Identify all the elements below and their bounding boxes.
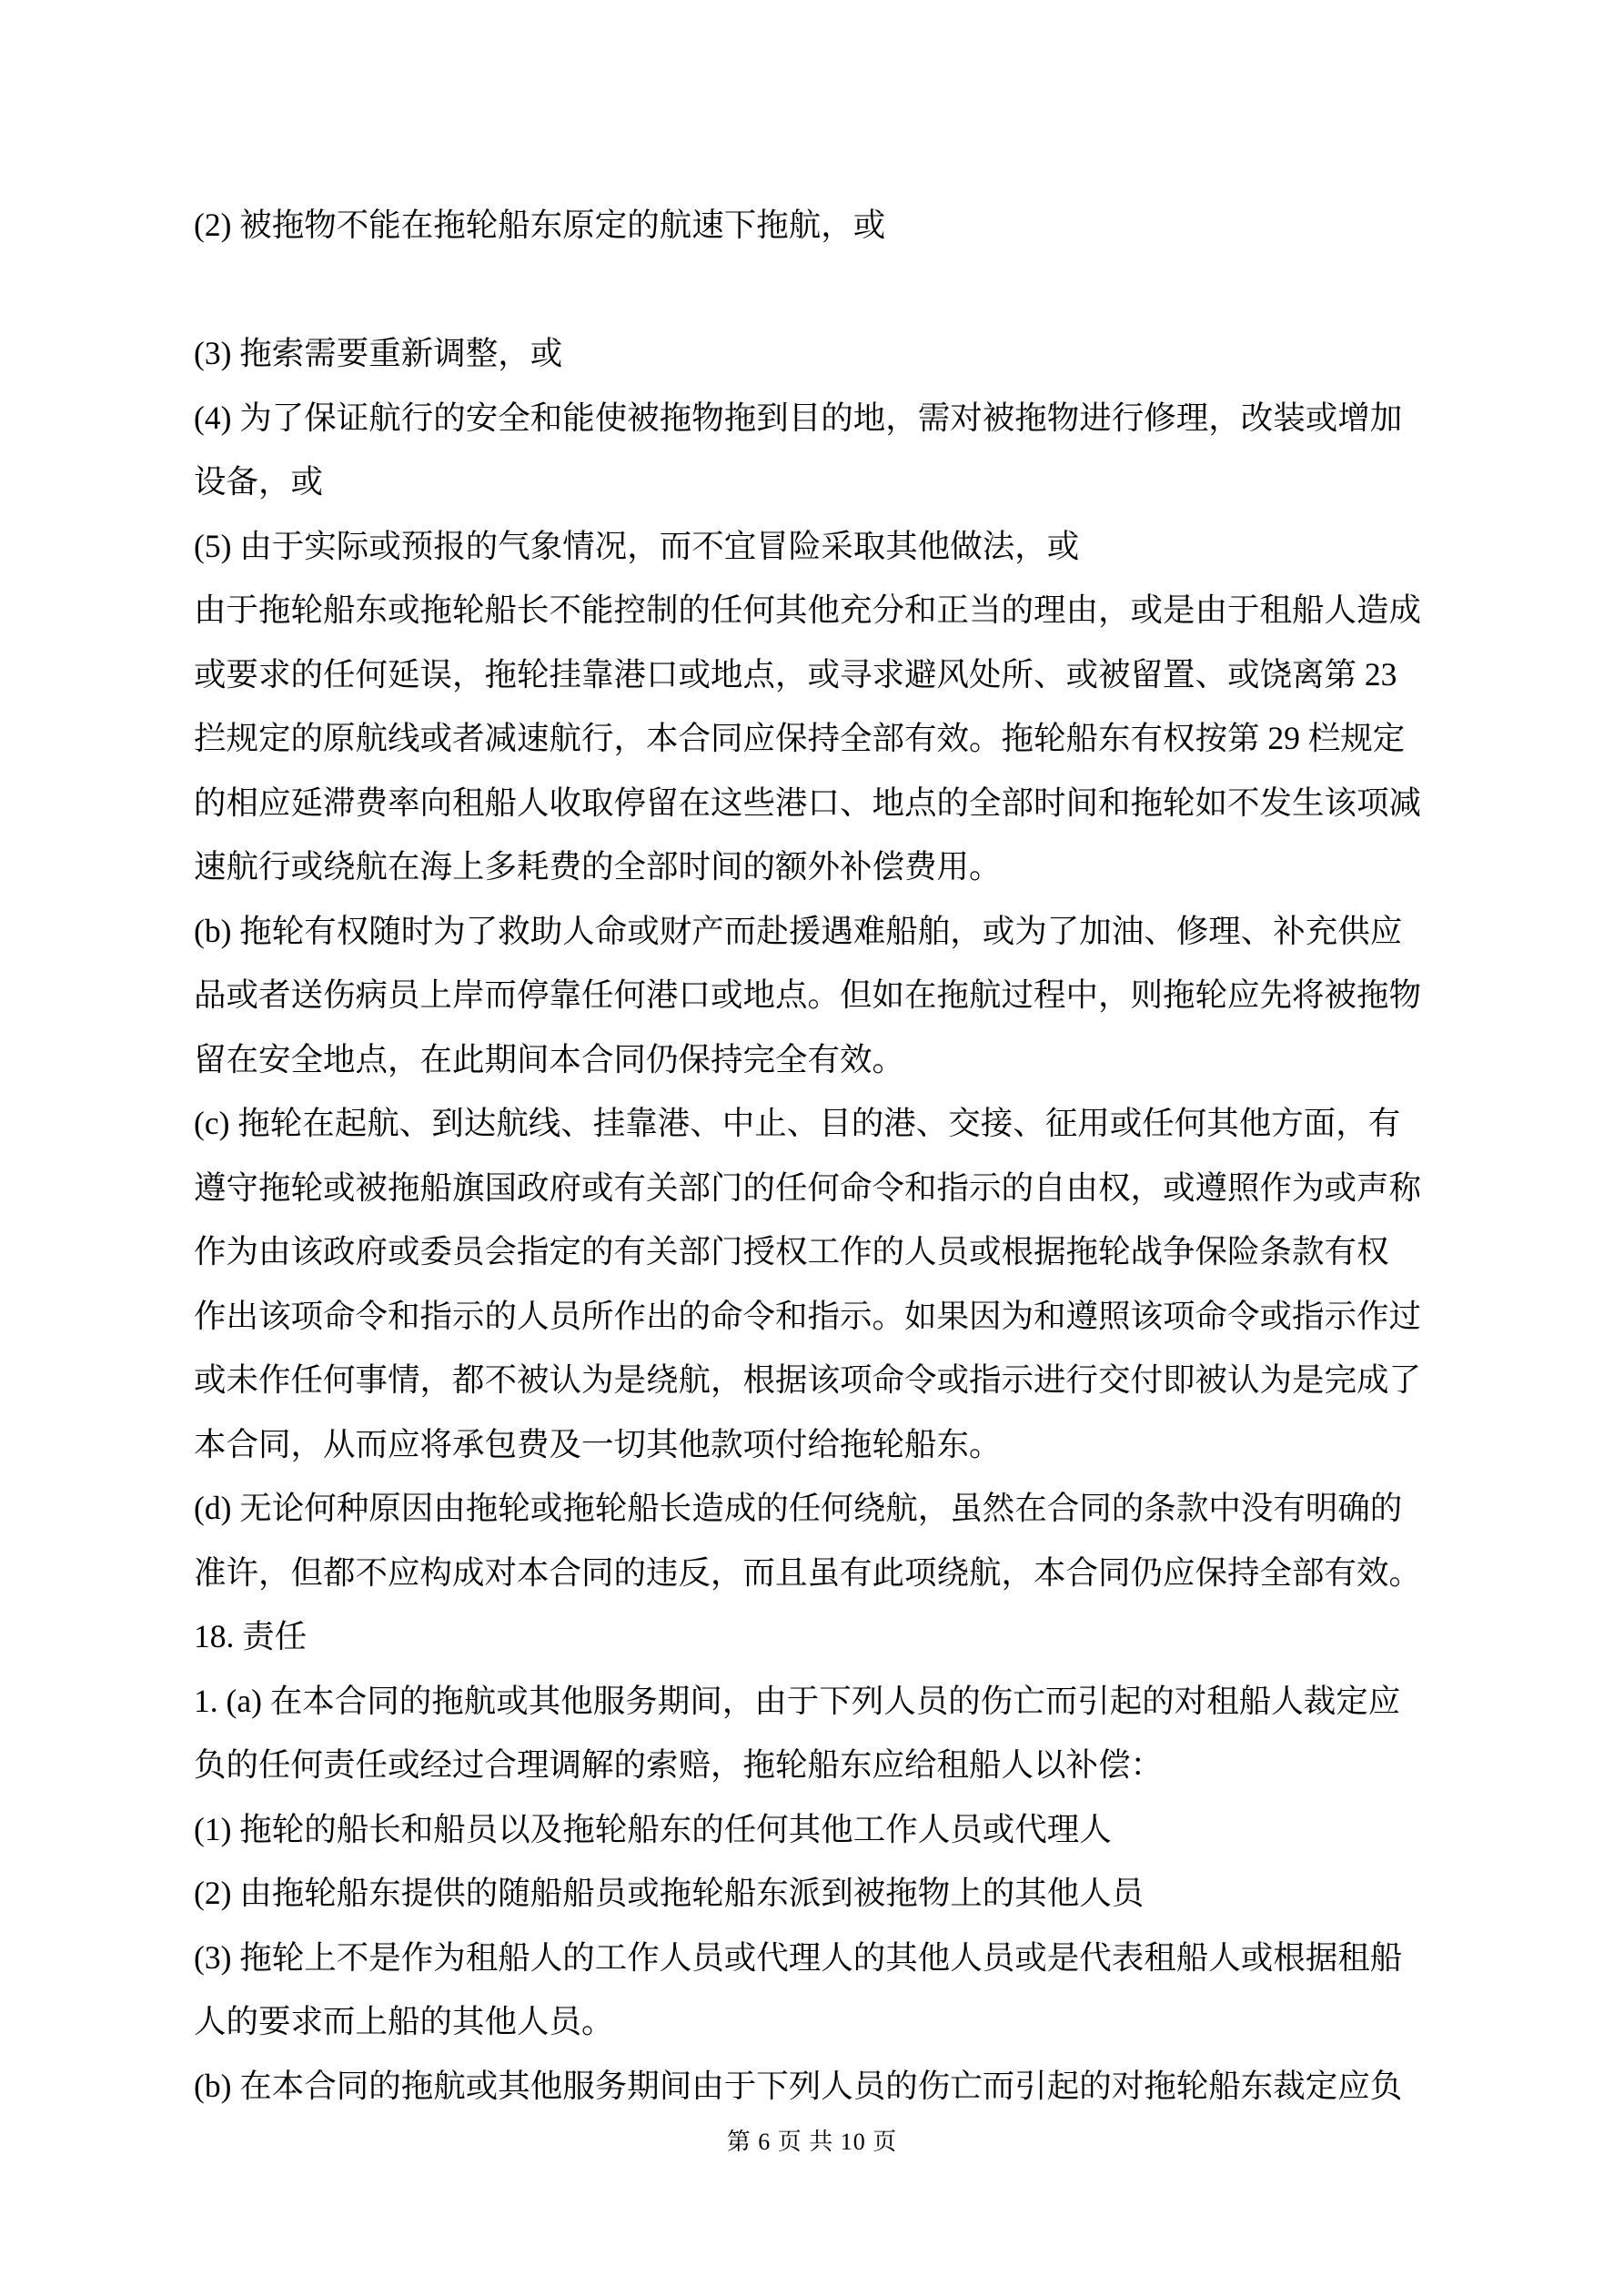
text-line: (3) 拖轮上不是作为租船人的工作人员或代理人的其他人员或是代表租船人或根据租船 bbox=[194, 1926, 1440, 1990]
text-line: (4) 为了保证航行的安全和能使被拖物拖到目的地，需对被拖物进行修理，改装或增加 bbox=[194, 386, 1440, 450]
text-line: 或要求的任何延误，拖轮挂靠港口或地点，或寻求避风处所、或被留置、或饶离第 23 bbox=[194, 642, 1440, 707]
document-page: (2) 被拖物不能在拖轮船东原定的航速下拖航，或 (3) 拖索需要重新调整，或 … bbox=[0, 0, 1624, 2296]
text-line: (b) 在本合同的拖航或其他服务期间由于下列人员的伤亡而引起的对拖轮船东裁定应负 bbox=[194, 2054, 1440, 2119]
text-line: 作出该项命令和指示的人员所作出的命令和指示。如果因为和遵照该项命令或指示作过 bbox=[194, 1284, 1440, 1349]
text-line: (2) 被拖物不能在拖轮船东原定的航速下拖航，或 bbox=[194, 193, 1440, 258]
text-line: 留在安全地点，在此期间本合同仍保持完全有效。 bbox=[194, 1027, 1440, 1092]
text-line: (5) 由于实际或预报的气象情况，而不宜冒险采取其他做法，或 bbox=[194, 514, 1440, 579]
text-line: 遵守拖轮或被拖船旗国政府或有关部门的任何命令和指示的自由权，或遵照作为或声称 bbox=[194, 1156, 1440, 1220]
blank-line bbox=[194, 258, 1440, 322]
text-line: 由于拖轮船东或拖轮船长不能控制的任何其他充分和正当的理由，或是由于租船人造成 bbox=[194, 578, 1440, 642]
text-line: (3) 拖索需要重新调整，或 bbox=[194, 321, 1440, 386]
text-line: 人的要求而上船的其他人员。 bbox=[194, 1989, 1440, 2054]
section-heading: 18. 责任 bbox=[194, 1604, 1440, 1669]
text-line: 负的任何责任或经过合理调解的索赔，拖轮船东应给租船人以补偿： bbox=[194, 1733, 1440, 1797]
text-line: 1. (a) 在本合同的拖航或其他服务期间，由于下列人员的伤亡而引起的对租船人裁… bbox=[194, 1669, 1440, 1734]
text-line: 或未作任何事情，都不被认为是绕航，根据该项命令或指示进行交付即被认为是完成了 bbox=[194, 1348, 1440, 1412]
text-line: (c) 拖轮在起航、到达航线、挂靠港、中止、目的港、交接、征用或任何其他方面，有 bbox=[194, 1091, 1440, 1156]
document-body: (2) 被拖物不能在拖轮船东原定的航速下拖航，或 (3) 拖索需要重新调整，或 … bbox=[194, 193, 1440, 2118]
text-line: 的相应延滞费率向租船人收取停留在这些港口、地点的全部时间和拖轮如不发生该项减 bbox=[194, 771, 1440, 835]
text-line: 本合同，从而应将承包费及一切其他款项付给拖轮船东。 bbox=[194, 1412, 1440, 1477]
page-footer: 第 6 页 共 10 页 bbox=[0, 2128, 1624, 2157]
text-line: 设备，或 bbox=[194, 450, 1440, 514]
text-line: 拦规定的原航线或者减速航行，本合同应保持全部有效。拖轮船东有权按第 29 栏规定 bbox=[194, 706, 1440, 771]
text-line: (d) 无论何种原因由拖轮或拖轮船长造成的任何绕航，虽然在合同的条款中没有明确的 bbox=[194, 1476, 1440, 1541]
text-line: 作为由该政府或委员会指定的有关部门授权工作的人员或根据拖轮战争保险条款有权 bbox=[194, 1219, 1440, 1284]
text-line: (b) 拖轮有权随时为了救助人命或财产而赴援遇难船舶，或为了加油、修理、补充供应 bbox=[194, 899, 1440, 964]
text-line: (2) 由拖轮船东提供的随船船员或拖轮船东派到被拖物上的其他人员 bbox=[194, 1861, 1440, 1926]
text-line: (1) 拖轮的船长和船员以及拖轮船东的任何其他工作人员或代理人 bbox=[194, 1797, 1440, 1862]
text-line: 准许，但都不应构成对本合同的违反，而且虽有此项绕航，本合同仍应保持全部有效。 bbox=[194, 1541, 1440, 1605]
text-line: 速航行或绕航在海上多耗费的全部时间的额外补偿费用。 bbox=[194, 834, 1440, 899]
text-line: 品或者送伤病员上岸而停靠任何港口或地点。但如在拖航过程中，则拖轮应先将被拖物 bbox=[194, 963, 1440, 1027]
